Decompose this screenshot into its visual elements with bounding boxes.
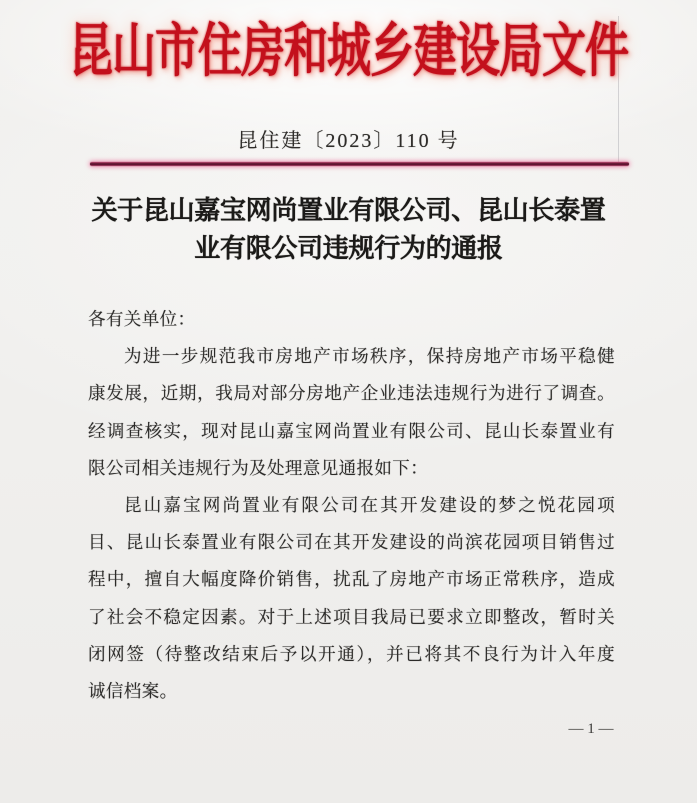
- body-line: 诚信档案。: [88, 673, 615, 710]
- body-line: 程中，擅自大幅度降价销售，扰乱了房地产市场正常秩序，造成: [88, 561, 615, 598]
- body-line: 闭网签（待整改结束后予以开通），并已将其不良行为计入年度: [88, 636, 615, 673]
- document-body: 各有关单位： 为进一步规范我市房地产市场秩序，保持房地产市场平稳健 康发展，近期…: [88, 301, 615, 710]
- agency-header-title: 昆山市住房和城乡建设局文件: [0, 3, 697, 87]
- red-divider-line: [90, 162, 629, 166]
- document-number: 昆住建〔2023〕110 号: [0, 124, 697, 153]
- body-line: 了社会不稳定因素。对于上述项目我局已要求立即整改，暂时关: [88, 599, 615, 636]
- document-title: 关于昆山嘉宝网尚置业有限公司、昆山长泰置 业有限公司违规行为的通报: [0, 192, 697, 268]
- scanned-document-page: 昆山市住房和城乡建设局文件 昆住建〔2023〕110 号 关于昆山嘉宝网尚置业有…: [0, 0, 697, 803]
- body-line: 经调查核实，现对昆山嘉宝网尚置业有限公司、昆山长泰置业有: [88, 413, 615, 450]
- body-line: 为进一步规范我市房地产市场秩序，保持房地产市场平稳健: [88, 338, 615, 375]
- document-title-line-1: 关于昆山嘉宝网尚置业有限公司、昆山长泰置: [0, 192, 697, 230]
- body-line: 目、昆山长泰置业有限公司在其开发建设的尚滨花园项目销售过: [88, 524, 615, 561]
- body-line: 限公司相关违规行为及处理意见通报如下：: [88, 450, 615, 487]
- body-line-salutation: 各有关单位：: [88, 301, 615, 338]
- body-line: 昆山嘉宝网尚置业有限公司在其开发建设的梦之悦花园项: [88, 487, 615, 524]
- document-title-line-2: 业有限公司违规行为的通报: [0, 230, 697, 268]
- page-number: — 1 —: [558, 721, 624, 738]
- body-line: 康发展，近期，我局对部分房地产企业违法违规行为进行了调查。: [88, 375, 615, 412]
